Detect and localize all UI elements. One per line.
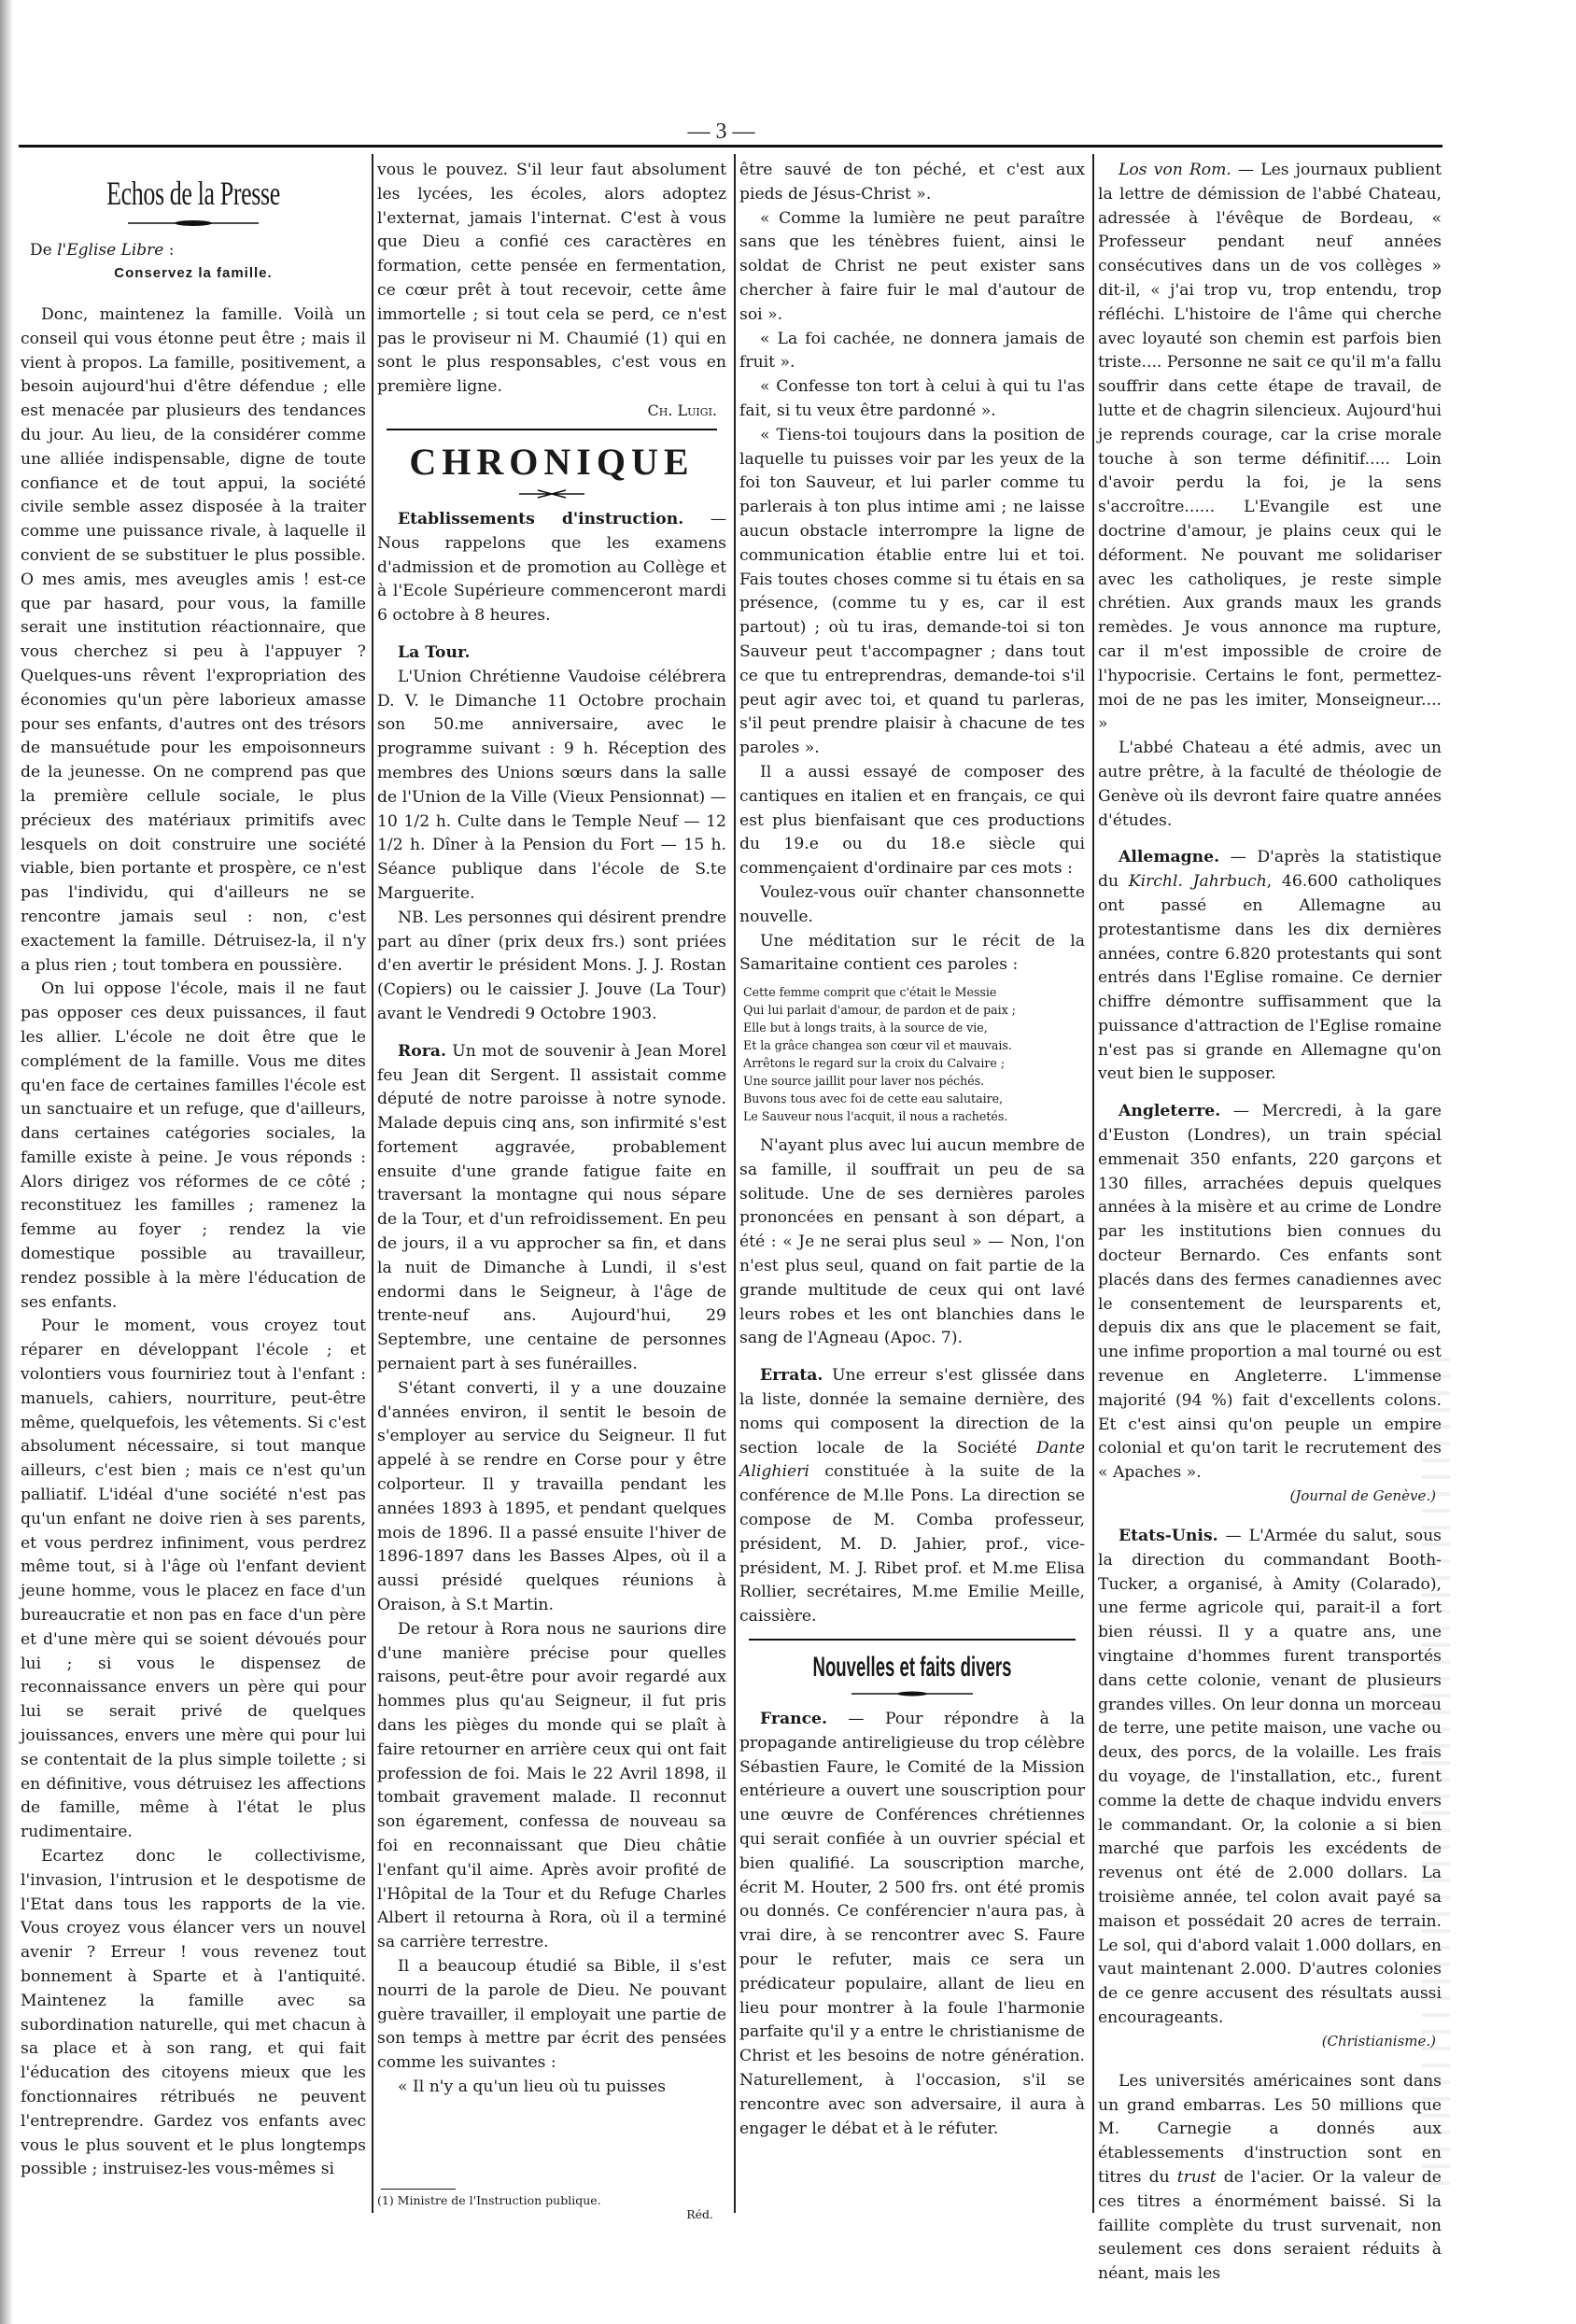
poem-line: Arrêtons le regard sur la croix du Calva… [743,1054,1085,1072]
news-body: — Pour répondre à la propagande antireli… [739,1710,1085,2138]
paragraph: être sauvé de ton péché, et c'est aux pi… [739,159,1085,207]
poem-line: Elle but à longs traits, à la source de … [743,1019,1085,1036]
news-body: — L'Armée du salut, sous la direction du… [1098,1527,1442,2027]
paragraph: « Il n'y a qu'un lieu où tu puisses [377,2076,726,2100]
news-body: Un mot de souvenir à Jean Morel feu Jean… [377,1042,726,1373]
paragraph: « Comme la lumière ne peut paraître sans… [739,207,1085,328]
news-body: , 46.600 catholiques ont passé en Allema… [1098,872,1442,1083]
paragraph: « Confesse ton tort à celui à qui tu l'a… [739,375,1085,424]
poem-line: Une source jaillit pour laver nos péchés… [743,1072,1085,1090]
page-number: — 3 — [0,120,1442,145]
paragraph: L'Union Chrétienne Vaudoise célébrera D.… [377,666,726,907]
news-italic: Kirchl. Jahrbuch [1129,872,1267,891]
paragraph: S'étant converti, il y a une douzaine d'… [377,1377,726,1618]
paragraph: Voulez-vous ouïr chanter chansonnette no… [739,881,1085,930]
source-credit: (Christianisme.) [1098,2033,1436,2049]
ornament-icon [851,1689,973,1698]
news-heading: La Tour. [398,643,470,662]
source-credit: (Journal de Genève.) [1098,1487,1436,1504]
paragraph: Donc, maintenez la famille. Voilà un con… [21,303,366,978]
news-heading: Allemagne. [1119,848,1219,866]
column-divider [372,154,373,2213]
news-heading: Los von Rom. [1119,161,1231,179]
source-line: De l'Eglise Libre : [30,241,366,260]
column-1: Echos de la Presse De l'Eglise Libre : C… [21,159,366,2221]
paragraph: Pour le moment, vous croyez tout réparer… [21,1315,366,1845]
poem-line: Et la grâce changea son cœur vil et mauv… [743,1036,1085,1054]
paragraph: On lui oppose l'école, mais il ne faut p… [21,978,366,1315]
ornament-icon [519,489,584,499]
source-suffix: : [163,241,174,260]
footnote-sign: Réd. [377,2207,713,2221]
paragraph: Il a beaucoup étudié sa Bible, il s'est … [377,1955,726,2076]
paragraph: Une méditation sur le récit de la Samari… [739,930,1085,979]
news-heading: Etablissements d'instruction. [398,510,683,528]
news-body: constituée à la suite de la conférence d… [739,1462,1085,1626]
ornament-icon [128,218,259,228]
news-heading: Errata. [760,1366,823,1385]
section-rule [387,429,717,430]
paragraph: De retour à Rora nous ne saurions dire d… [377,1618,726,1955]
paragraph: « La foi cachée, ne donnera jamais de fr… [739,328,1085,376]
scan-edge [0,0,13,2324]
article-subtitle: Conservez la famille. [21,265,366,281]
news-body: — Les journaux publient la lettre de dém… [1098,161,1442,733]
poem: Cette femme comprit que c'était le Messi… [743,983,1085,1125]
paragraph: L'abbé Chateau a été admis, avec un autr… [1098,737,1442,833]
section-heading-nouvelles: Nouvelles et faits divers [805,1652,1019,1683]
paragraph: N'ayant plus avec lui aucun membre de sa… [739,1134,1085,1351]
section-heading-echos: Echos de la Presse [69,174,317,213]
news-heading: Rora. [398,1042,446,1061]
news-heading: Etats-Unis. [1119,1527,1218,1545]
paragraph: Il a aussi essayé de composer des cantiq… [739,761,1085,881]
column-divider [1092,154,1094,2213]
section-heading-chronique: CHRONIQUE [377,440,726,484]
news-heading: France. [760,1710,827,1728]
paragraph: « Tiens-toi toujours dans la position de… [739,424,1085,761]
column-4: Los von Rom. — Les journaux publient la … [1098,159,1442,2221]
column-2: vous le pouvez. S'il leur faut absolumen… [377,159,726,2221]
news-italic: trust [1177,2168,1217,2187]
source-prefix: De [30,241,57,260]
source-title: l'Eglise Libre [57,241,163,260]
scan-stain [1422,1345,1450,2185]
poem-line: Le Sauveur nous l'acquit, il nous a rach… [743,1107,1085,1125]
paragraph: Ecartez donc le collectivisme, l'invasio… [21,1845,366,2182]
news-body: — Mercredi, à la gare d'Euston (Londres)… [1098,1102,1442,1482]
paragraph: NB. Les personnes qui désirent prendre p… [377,907,726,1027]
paragraph: vous le pouvez. S'il leur faut absolumen… [377,159,726,400]
column-3: être sauvé de ton péché, et c'est aux pi… [739,159,1085,2221]
footnote: (1) Ministre de l'Instruction publique. … [377,2189,726,2221]
news-heading: Angleterre. [1119,1102,1220,1120]
poem-line: Buvons tous avec foi de cette eau saluta… [743,1090,1085,1107]
header-rule [19,145,1442,148]
poem-line: Qui lui parlait d'amour, de pardon et de… [743,1001,1085,1019]
section-rule [749,1639,1076,1641]
footnote-text: (1) Ministre de l'Instruction publique. [377,2193,726,2207]
poem-line: Cette femme comprit que c'était le Messi… [743,983,1085,1001]
signature: Ch. Luigi. [387,401,717,419]
column-divider [734,154,736,2213]
